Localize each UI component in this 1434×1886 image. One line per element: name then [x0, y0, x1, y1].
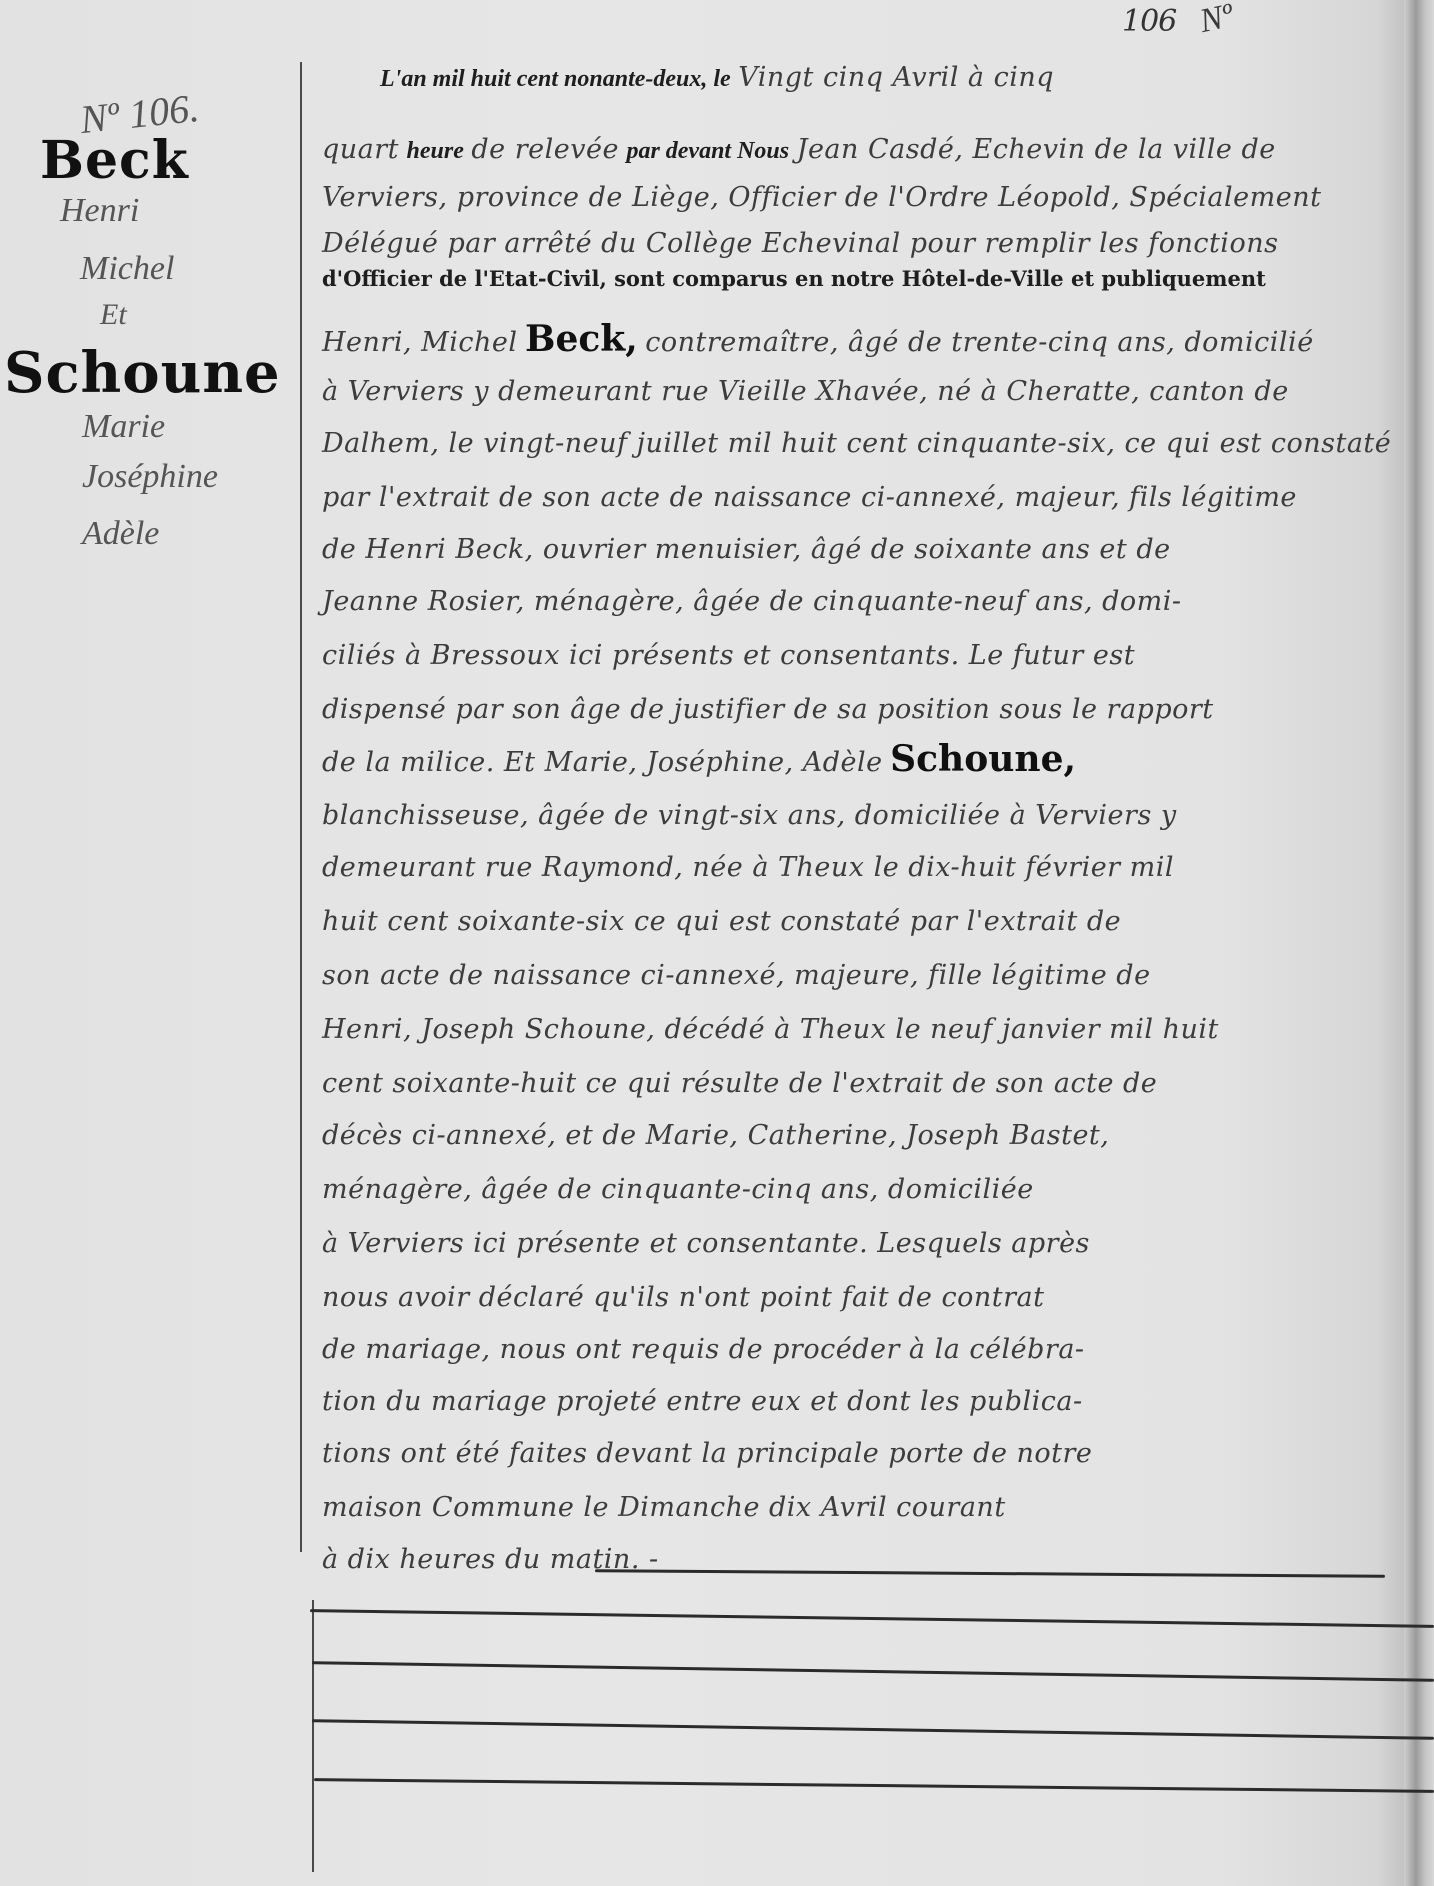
- record-line-11: Jeanne Rosier, ménagère, âgée de cinquan…: [322, 582, 1182, 621]
- handwritten-text: tion du mariage projeté entre eux et don…: [322, 1386, 1083, 1417]
- handwritten-text: blanchisseuse, âgée de vingt-six ans, do…: [322, 800, 1177, 831]
- handwritten-text: par l'extrait de son acte de naissance c…: [322, 482, 1297, 513]
- handwritten-text: son acte de naissance ci-annexé, majeure…: [322, 960, 1151, 991]
- closing-dash-rule: [595, 1569, 1385, 1578]
- handwritten-text: Henri, Michel: [322, 327, 518, 358]
- record-line-21: décès ci-annexé, et de Marie, Catherine,…: [322, 1116, 1109, 1155]
- bride-surname: Schoune: [4, 340, 281, 406]
- record-line-15: blanchisseuse, âgée de vingt-six ans, do…: [322, 796, 1177, 835]
- handwritten-text: dispensé par son âge de justifier de sa …: [322, 694, 1214, 725]
- handwritten-text: tions ont été faites devant la principal…: [322, 1438, 1092, 1469]
- groom-surname: Beck: [40, 130, 189, 191]
- record-line-25: de mariage, nous ont requis de procéder …: [322, 1330, 1085, 1369]
- record-line-24: nous avoir déclaré qu'ils n'ont point fa…: [322, 1278, 1044, 1317]
- handwritten-text: de la milice. Et Marie, Joséphine, Adèle: [322, 747, 883, 778]
- handwritten-text: à Verviers ici présente et consentante. …: [322, 1228, 1090, 1259]
- printed-text: heure: [407, 138, 464, 164]
- record-line-12: ciliés à Bressoux ici présents et consen…: [322, 636, 1135, 675]
- record-line-13: dispensé par son âge de justifier de sa …: [322, 690, 1214, 729]
- record-line-2: quart heure de relevée par devant Nous J…: [322, 130, 1276, 170]
- record-line-6: Henri, Michel Beck, contremaître, âgé de…: [322, 320, 1314, 362]
- handwritten-text: Henri, Joseph Schoune, décédé à Theux le…: [322, 1014, 1219, 1045]
- record-line-7: à Verviers y demeurant rue Vieille Xhavé…: [322, 372, 1289, 411]
- margin-rule: [300, 62, 302, 1552]
- handwritten-text: Jeanne Rosier, ménagère, âgée de cinquan…: [322, 586, 1182, 617]
- record-line-16: demeurant rue Raymond, née à Theux le di…: [322, 848, 1174, 887]
- register-page: 106 Nº Nº 106. Beck Henri Michel Et Scho…: [0, 0, 1434, 1886]
- record-line-29: à dix heures du matin. -: [322, 1540, 659, 1579]
- printed-text: d'Officier de l'Etat-Civil, sont comparu…: [322, 266, 1266, 291]
- book-binding-edge: [1404, 0, 1434, 1886]
- groom-surname-inline: Beck,: [525, 318, 638, 360]
- blank-rule-2: [312, 1661, 1434, 1682]
- blank-rule-3: [312, 1719, 1434, 1740]
- handwritten-text: Vingt cinq Avril à cinq: [738, 62, 1054, 93]
- handwritten-text: cent soixante-huit ce qui résulte de l'e…: [322, 1068, 1157, 1099]
- blank-rule-1: [310, 1609, 1434, 1628]
- record-line-28: maison Commune le Dimanche dix Avril cou…: [322, 1488, 1006, 1527]
- handwritten-text: à Verviers y demeurant rue Vieille Xhavé…: [322, 376, 1289, 407]
- printed-text: L'an mil huit cent nonante-deux, le: [380, 66, 731, 92]
- record-line-5: d'Officier de l'Etat-Civil, sont comparu…: [322, 258, 1266, 298]
- corner-annotation: Nº: [1196, 0, 1236, 41]
- handwritten-text: ménagère, âgée de cinquante-cinq ans, do…: [322, 1174, 1034, 1205]
- handwritten-text: de relevée: [471, 134, 619, 165]
- record-line-26: tion du mariage projeté entre eux et don…: [322, 1382, 1083, 1421]
- record-line-14: de la milice. Et Marie, Joséphine, Adèle…: [322, 740, 1076, 782]
- record-line-18: son acte de naissance ci-annexé, majeure…: [322, 956, 1151, 995]
- bride-given-name-2: Joséphine: [82, 458, 218, 496]
- record-line-20: cent soixante-huit ce qui résulte de l'e…: [322, 1064, 1157, 1103]
- handwritten-text: nous avoir déclaré qu'ils n'ont point fa…: [322, 1282, 1044, 1313]
- handwritten-text: demeurant rue Raymond, née à Theux le di…: [322, 852, 1174, 883]
- bride-given-name-1: Marie: [82, 408, 165, 446]
- blank-rule-4: [314, 1778, 1434, 1793]
- groom-given-name-2: Michel: [80, 250, 174, 288]
- page-number: 106: [1122, 4, 1176, 39]
- record-line-17: huit cent soixante-six ce qui est consta…: [322, 902, 1121, 941]
- handwritten-text: quart: [322, 134, 399, 165]
- handwritten-text: huit cent soixante-six ce qui est consta…: [322, 906, 1121, 937]
- margin-conjunction: Et: [100, 298, 127, 332]
- record-line-22: ménagère, âgée de cinquante-cinq ans, do…: [322, 1170, 1034, 1209]
- record-line-3: Verviers, province de Liège, Officier de…: [322, 178, 1321, 217]
- handwritten-text: Délégué par arrêté du Collège Echevinal …: [322, 228, 1278, 259]
- handwritten-text: maison Commune le Dimanche dix Avril cou…: [322, 1492, 1006, 1523]
- handwritten-text: de Henri Beck, ouvrier menuisier, âgé de…: [322, 534, 1171, 565]
- bride-surname-inline: Schoune,: [890, 738, 1076, 780]
- record-line-8: Dalhem, le vingt-neuf juillet mil huit c…: [322, 424, 1391, 463]
- handwritten-text: Jean Casdé, Echevin de la ville de: [797, 134, 1276, 165]
- handwritten-text: de mariage, nous ont requis de procéder …: [322, 1334, 1085, 1365]
- handwritten-text: Verviers, province de Liège, Officier de…: [322, 182, 1321, 213]
- record-line-19: Henri, Joseph Schoune, décédé à Theux le…: [322, 1010, 1219, 1049]
- record-line-27: tions ont été faites devant la principal…: [322, 1434, 1092, 1473]
- handwritten-text: ciliés à Bressoux ici présents et consen…: [322, 640, 1135, 671]
- handwritten-text: contremaître, âgé de trente-cinq ans, do…: [645, 327, 1313, 358]
- record-line-9: par l'extrait de son acte de naissance c…: [322, 478, 1297, 517]
- record-line-23: à Verviers ici présente et consentante. …: [322, 1224, 1090, 1263]
- record-line-1: L'an mil huit cent nonante-deux, le Ving…: [380, 58, 1054, 98]
- handwritten-text: Dalhem, le vingt-neuf juillet mil huit c…: [322, 428, 1391, 459]
- printed-text: par devant Nous: [626, 138, 789, 164]
- record-line-10: de Henri Beck, ouvrier menuisier, âgé de…: [322, 530, 1171, 569]
- groom-given-name-1: Henri: [60, 192, 139, 230]
- bride-given-name-3: Adèle: [82, 515, 159, 553]
- margin-rule-lower: [312, 1600, 314, 1872]
- handwritten-text: décès ci-annexé, et de Marie, Catherine,…: [322, 1120, 1109, 1151]
